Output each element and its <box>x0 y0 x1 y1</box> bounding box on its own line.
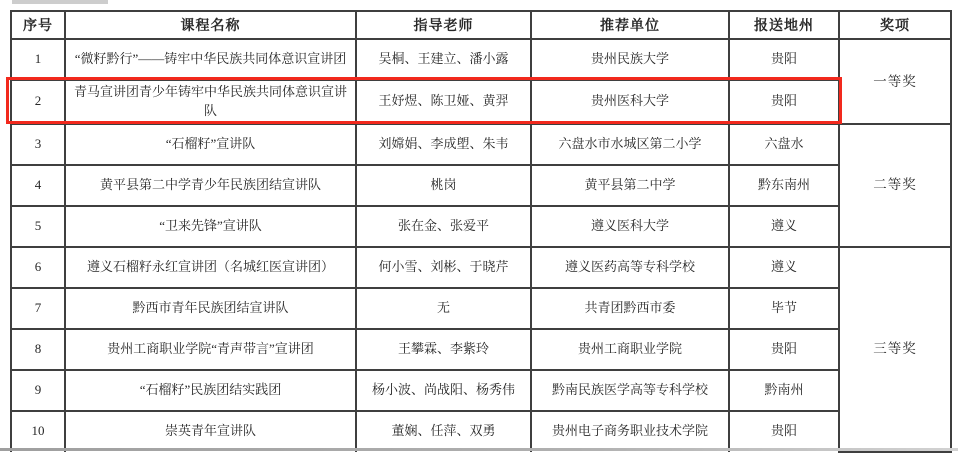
header-no: 序号 <box>11 11 65 39</box>
teachers-cell: 王攀霖、李紫玲 <box>356 329 531 370</box>
row-number-cell: 7 <box>11 288 65 329</box>
region-cell: 遵义 <box>729 206 839 247</box>
award-cell: 二等奖 <box>839 124 951 247</box>
header-award: 奖项 <box>839 11 951 39</box>
table-row: 4黄平县第二中学青少年民族团结宣讲队桃岗黄平县第二中学黔东南州 <box>11 165 951 206</box>
course-name-cell: 黔西市青年民族团结宣讲队 <box>65 288 356 329</box>
header-unit: 推荐单位 <box>531 11 729 39</box>
teachers-cell: 吴桐、王建立、潘小露 <box>356 39 531 80</box>
unit-cell: 贵州工商职业学院 <box>531 329 729 370</box>
table-row: 2青马宣讲团青少年铸牢中华民族共同体意识宣讲队王妤煜、陈卫娅、黄羿贵州医科大学贵… <box>11 80 951 124</box>
teachers-cell: 无 <box>356 288 531 329</box>
region-cell: 黔南州 <box>729 370 839 411</box>
header-row: 序号 课程名称 指导老师 推荐单位 报送地州 奖项 <box>11 11 951 39</box>
row-number-cell: 5 <box>11 206 65 247</box>
table-row: 10崇英青年宣讲队董娴、任萍、双勇贵州电子商务职业技术学院贵阳 <box>11 411 951 452</box>
awards-table-container: 序号 课程名称 指导老师 推荐单位 报送地州 奖项 1“微籽黔行”——铸牢中华民… <box>10 10 950 453</box>
course-name-cell: 崇英青年宣讲队 <box>65 411 356 452</box>
header-region: 报送地州 <box>729 11 839 39</box>
region-cell: 贵阳 <box>729 39 839 80</box>
row-number-cell: 8 <box>11 329 65 370</box>
teachers-cell: 何小雪、刘彬、于晓芹 <box>356 247 531 288</box>
header-teachers: 指导老师 <box>356 11 531 39</box>
awards-table: 序号 课程名称 指导老师 推荐单位 报送地州 奖项 1“微籽黔行”——铸牢中华民… <box>10 10 952 453</box>
table-row: 8贵州工商职业学院“青声带言”宣讲团王攀霖、李紫玲贵州工商职业学院贵阳 <box>11 329 951 370</box>
row-number-cell: 1 <box>11 39 65 80</box>
unit-cell: 贵州电子商务职业技术学院 <box>531 411 729 452</box>
teachers-cell: 刘嫦娟、李成塱、朱韦 <box>356 124 531 165</box>
course-name-cell: 黄平县第二中学青少年民族团结宣讲队 <box>65 165 356 206</box>
row-number-cell: 6 <box>11 247 65 288</box>
teachers-cell: 杨小波、尚战阳、杨秀伟 <box>356 370 531 411</box>
table-row: 6遵义石榴籽永红宣讲团（名城红医宣讲团）何小雪、刘彬、于晓芹遵义医药高等专科学校… <box>11 247 951 288</box>
row-number-cell: 4 <box>11 165 65 206</box>
course-name-cell: 遵义石榴籽永红宣讲团（名城红医宣讲团） <box>65 247 356 288</box>
unit-cell: 共青团黔西市委 <box>531 288 729 329</box>
table-row: 1“微籽黔行”——铸牢中华民族共同体意识宣讲团吴桐、王建立、潘小露贵州民族大学贵… <box>11 39 951 80</box>
unit-cell: 黄平县第二中学 <box>531 165 729 206</box>
table-header: 序号 课程名称 指导老师 推荐单位 报送地州 奖项 <box>11 11 951 39</box>
row-number-cell: 9 <box>11 370 65 411</box>
unit-cell: 贵州民族大学 <box>531 39 729 80</box>
teachers-cell: 桃岗 <box>356 165 531 206</box>
row-number-cell: 2 <box>11 80 65 124</box>
unit-cell: 遵义医科大学 <box>531 206 729 247</box>
table-body: 1“微籽黔行”——铸牢中华民族共同体意识宣讲团吴桐、王建立、潘小露贵州民族大学贵… <box>11 39 951 452</box>
table-row: 5“卫来先锋”宣讲队张在金、张爱平遵义医科大学遵义 <box>11 206 951 247</box>
table-row: 3“石榴籽”宣讲队刘嫦娟、李成塱、朱韦六盘水市水城区第二小学六盘水二等奖 <box>11 124 951 165</box>
region-cell: 贵阳 <box>729 411 839 452</box>
region-cell: 遵义 <box>729 247 839 288</box>
course-name-cell: 贵州工商职业学院“青声带言”宣讲团 <box>65 329 356 370</box>
unit-cell: 黔南民族医学高等专科学校 <box>531 370 729 411</box>
row-number-cell: 10 <box>11 411 65 452</box>
teachers-cell: 王妤煜、陈卫娅、黄羿 <box>356 80 531 124</box>
region-cell: 黔东南州 <box>729 165 839 206</box>
unit-cell: 遵义医药高等专科学校 <box>531 247 729 288</box>
table-row: 9“石榴籽”民族团结实践团杨小波、尚战阳、杨秀伟黔南民族医学高等专科学校黔南州 <box>11 370 951 411</box>
award-cell: 一等奖 <box>839 39 951 124</box>
row-number-cell: 3 <box>11 124 65 165</box>
course-name-cell: 青马宣讲团青少年铸牢中华民族共同体意识宣讲队 <box>65 80 356 124</box>
teachers-cell: 董娴、任萍、双勇 <box>356 411 531 452</box>
region-cell: 毕节 <box>729 288 839 329</box>
region-cell: 贵阳 <box>729 329 839 370</box>
region-cell: 六盘水 <box>729 124 839 165</box>
header-name: 课程名称 <box>65 11 356 39</box>
unit-cell: 六盘水市水城区第二小学 <box>531 124 729 165</box>
award-cell: 三等奖 <box>839 247 951 452</box>
bottom-page-line <box>0 448 958 451</box>
course-name-cell: “石榴籽”民族团结实践团 <box>65 370 356 411</box>
course-name-cell: “卫来先锋”宣讲队 <box>65 206 356 247</box>
teachers-cell: 张在金、张爱平 <box>356 206 531 247</box>
top-edge-artifact <box>12 0 108 4</box>
unit-cell: 贵州医科大学 <box>531 80 729 124</box>
course-name-cell: “石榴籽”宣讲队 <box>65 124 356 165</box>
course-name-cell: “微籽黔行”——铸牢中华民族共同体意识宣讲团 <box>65 39 356 80</box>
region-cell: 贵阳 <box>729 80 839 124</box>
table-row: 7黔西市青年民族团结宣讲队无共青团黔西市委毕节 <box>11 288 951 329</box>
